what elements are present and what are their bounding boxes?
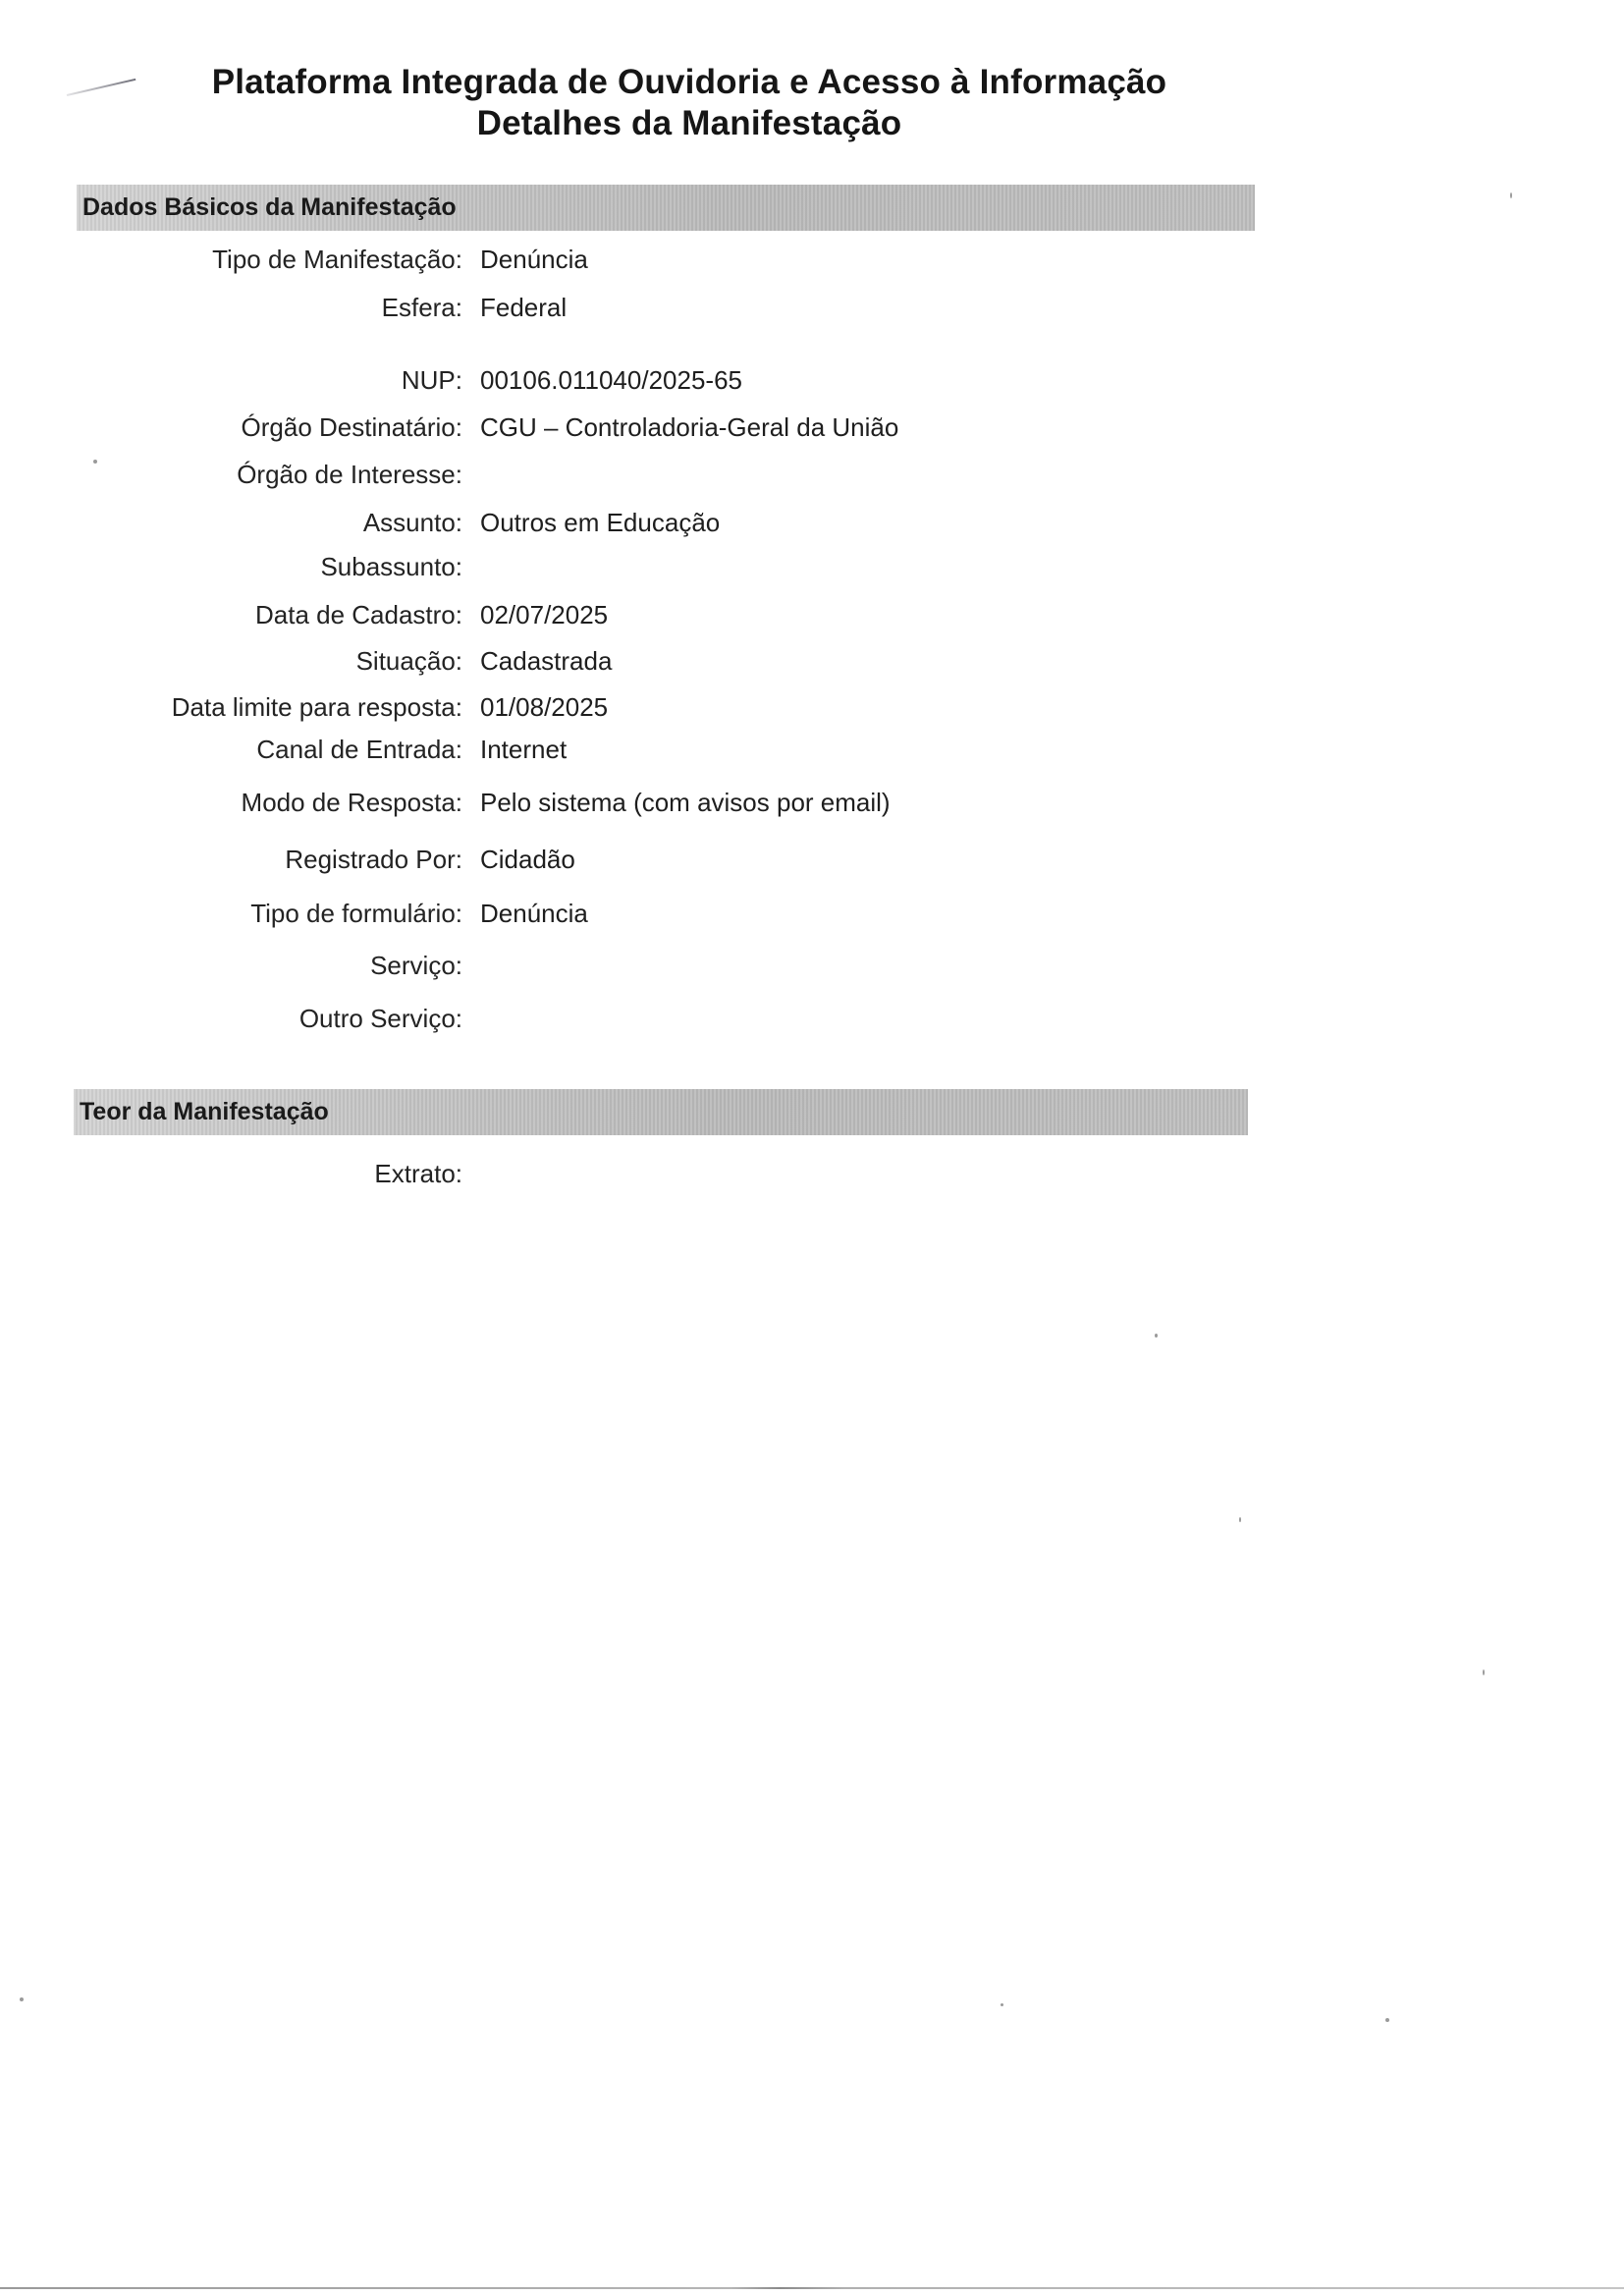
section-title: Dados Básicos da Manifestação <box>82 193 457 222</box>
scan-speck <box>1483 1669 1485 1675</box>
field-value: Denúncia <box>480 245 588 275</box>
field-row: Esfera:Federal <box>0 293 1276 326</box>
field-row: Órgão de Interesse: <box>0 460 1276 493</box>
field-value: Internet <box>480 735 567 765</box>
field-row: Data de Cadastro:02/07/2025 <box>0 600 1276 633</box>
field-label: NUP: <box>402 365 462 396</box>
field-value: CGU – Controladoria-Geral da União <box>480 412 898 443</box>
field-row: Extrato: <box>0 1159 1276 1192</box>
page-title: Plataforma Integrada de Ouvidoria e Aces… <box>0 63 1379 102</box>
field-value: 01/08/2025 <box>480 692 608 723</box>
scan-speck <box>93 460 97 464</box>
scan-speck <box>1239 1517 1241 1522</box>
page-subtitle: Detalhes da Manifestação <box>0 104 1379 143</box>
field-value: Cidadão <box>480 845 575 875</box>
field-label: Esfera: <box>382 293 462 323</box>
field-label: Outro Serviço: <box>299 1004 462 1034</box>
section-header-basic-data: Dados Básicos da Manifestação <box>77 185 1255 231</box>
field-label: Registrado Por: <box>285 845 462 875</box>
field-row: Situação:Cadastrada <box>0 646 1276 680</box>
scan-speck <box>1510 192 1512 198</box>
page-edge-line <box>0 2287 1624 2289</box>
field-row: Assunto:Outros em Educação <box>0 508 1276 541</box>
field-label: Subassunto: <box>320 552 462 582</box>
field-label: Extrato: <box>374 1159 462 1189</box>
field-label: Assunto: <box>363 508 462 538</box>
field-label: Canal de Entrada: <box>256 735 462 765</box>
field-value: Outros em Educação <box>480 508 720 538</box>
field-row: Data limite para resposta:01/08/2025 <box>0 692 1276 726</box>
field-row: NUP:00106.011040/2025-65 <box>0 365 1276 399</box>
field-value: 00106.011040/2025-65 <box>480 365 742 396</box>
field-label: Tipo de formulário: <box>250 899 462 929</box>
section-title: Teor da Manifestação <box>80 1098 329 1126</box>
scan-speck <box>20 1997 24 2001</box>
field-label: Órgão Destinatário: <box>242 412 462 443</box>
field-label: Órgão de Interesse: <box>237 460 462 490</box>
field-label: Data limite para resposta: <box>172 692 462 723</box>
field-label: Modo de Resposta: <box>242 788 462 818</box>
field-value: Pelo sistema (com avisos por email) <box>480 788 891 818</box>
field-value: Federal <box>480 293 567 323</box>
field-label: Serviço: <box>370 951 462 981</box>
scan-speck <box>1001 2003 1003 2006</box>
scan-speck <box>1155 1334 1158 1338</box>
field-row: Tipo de Manifestação:Denúncia <box>0 245 1276 278</box>
field-row: Subassunto: <box>0 552 1276 585</box>
field-value: Cadastrada <box>480 646 612 677</box>
section-header-content: Teor da Manifestação <box>74 1089 1248 1135</box>
field-value: 02/07/2025 <box>480 600 608 630</box>
field-value: Denúncia <box>480 899 588 929</box>
field-row: Serviço: <box>0 951 1276 984</box>
field-row: Registrado Por:Cidadão <box>0 845 1276 878</box>
field-row: Canal de Entrada:Internet <box>0 735 1276 768</box>
field-label: Tipo de Manifestação: <box>212 245 462 275</box>
field-row: Órgão Destinatário:CGU – Controladoria-G… <box>0 412 1276 446</box>
field-row: Outro Serviço: <box>0 1004 1276 1037</box>
field-row: Tipo de formulário:Denúncia <box>0 899 1276 932</box>
scan-speck <box>1385 2018 1389 2022</box>
field-label: Situação: <box>356 646 462 677</box>
field-label: Data de Cadastro: <box>255 600 462 630</box>
field-row: Modo de Resposta:Pelo sistema (com aviso… <box>0 788 1276 821</box>
